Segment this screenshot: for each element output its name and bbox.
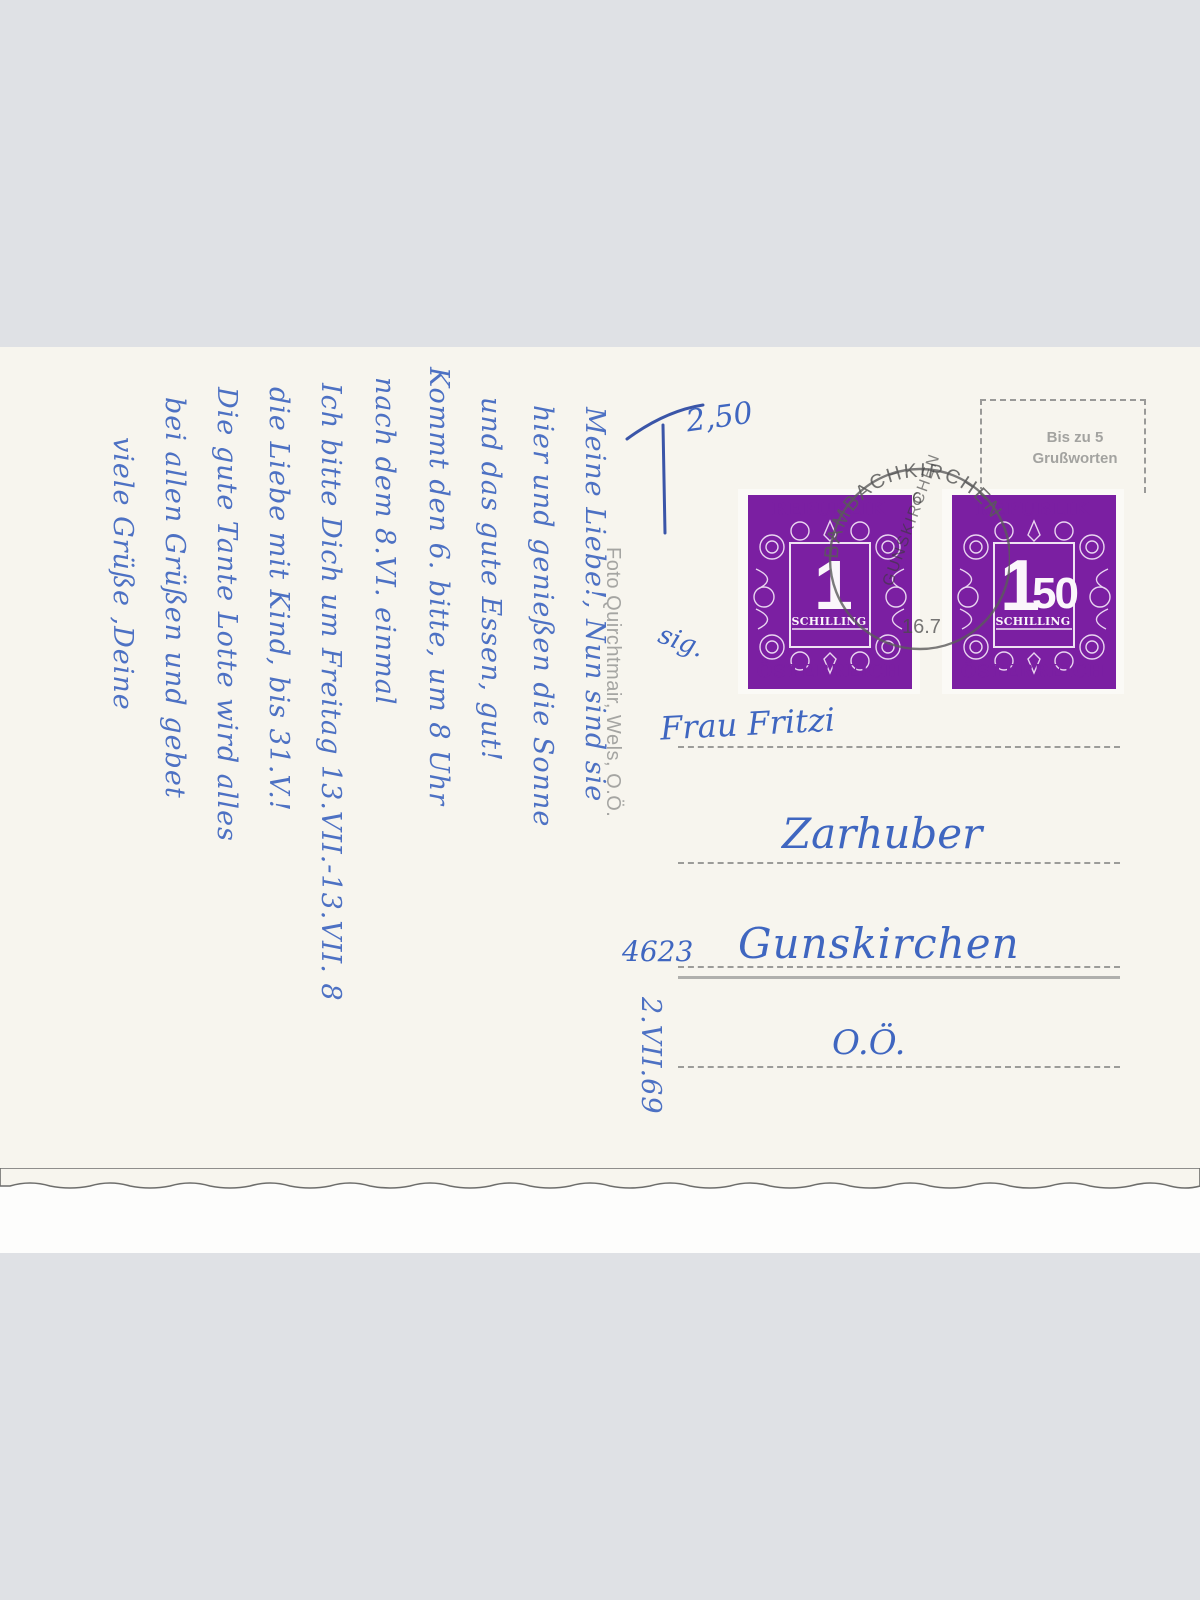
message-line: viele Grüße ,Deine [107, 437, 138, 711]
postal-code: 4623 [622, 935, 693, 968]
greeting-word-label: Bis zu 5 Grußworten [1010, 427, 1140, 469]
message-line: Die gute Tante Lotte wird alles [211, 387, 242, 842]
postmark-date: 16.7 [902, 616, 941, 638]
address-line-2 [678, 862, 1120, 864]
address-line3-text: Gunskirchen [738, 919, 1020, 968]
address-line-4 [678, 1066, 1120, 1068]
address-line1-text: Frau Fritzi [659, 700, 836, 747]
message-line: Kommt den 6. bitte, um 8 Uhr [423, 367, 454, 806]
message-line: die Liebe mit Kind, bis 31.V.! [263, 387, 294, 812]
address-line-1 [678, 746, 1120, 748]
address-line-3-solid [678, 976, 1120, 979]
message-line: nach dem 8.VI. einmal [369, 377, 400, 705]
message-date: 2.VII.69 [635, 997, 666, 1115]
message-line: hier und genießen die Sonne [527, 405, 558, 827]
message-line: Ich bitte Dich um Freitag 13.VII.-13.VII… [315, 383, 346, 1002]
postcard-deckle-edge [0, 1168, 1200, 1192]
postcard: Meine Liebe!, Nun sind sie hier und geni… [0, 347, 1200, 1180]
address-line2-text: Zarhuber [782, 809, 982, 858]
postmark: BAMBACHKIRCHEN 6 16.7 GUNSKIRCHEN [820, 387, 1010, 767]
handwritten-message: Meine Liebe!, Nun sind sie hier und geni… [20, 357, 600, 1177]
photographer-credit: Foto Quirchtmair, Wels, O.Ö. [601, 547, 624, 817]
address-salutation: sig. [654, 620, 708, 664]
address-line4-text: O.Ö. [832, 1023, 905, 1063]
stamp-value-minor: 50 [1032, 569, 1077, 619]
message-line: bei allen Grüßen und gebet [159, 397, 190, 799]
message-line: und das gute Essen, gut! [475, 397, 506, 762]
